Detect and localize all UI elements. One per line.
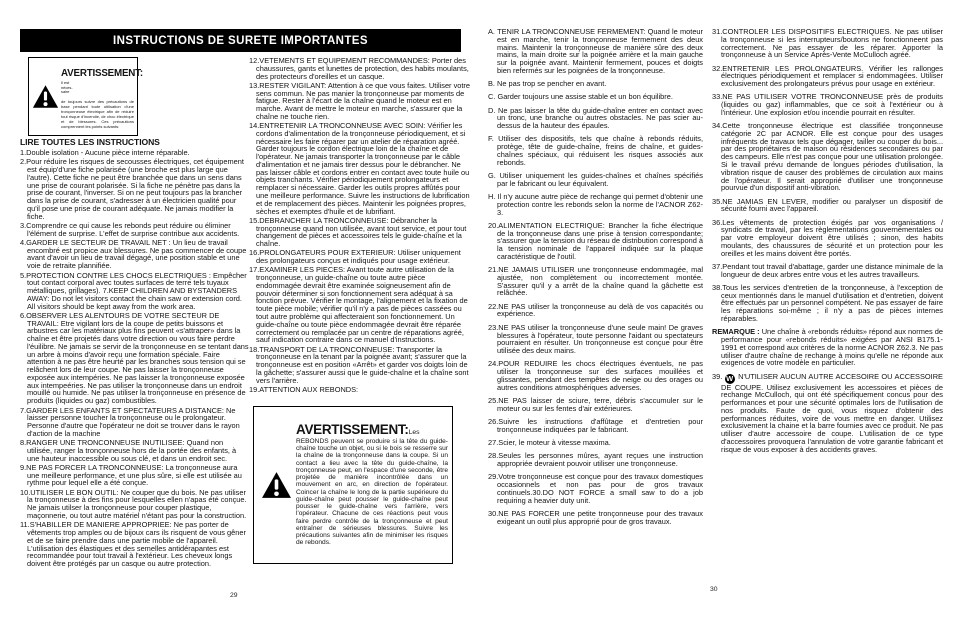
list-item: 12.VETEMENTS ET EQUIPEMENT RECOMMANDES: … <box>249 57 472 80</box>
list-item: 27.Scier, le moteur à vitesse maxima. <box>488 439 703 447</box>
page-number-right: 30 <box>710 586 718 593</box>
page-title: INSTRUCTIONS DE SURETE IMPORTANTES <box>113 35 368 47</box>
list-item: 26.Suivre les instructions d'affûtage et… <box>488 418 703 434</box>
warning-title: AVERTISSEMENT: <box>61 68 143 79</box>
list-item: 11.S'HABILLER DE MANIERE APPROPRIEE: Ne … <box>20 521 249 568</box>
warning-box-top: AVERTISSEMENT:Il est néces-saire de touj… <box>28 57 138 136</box>
list-item: 4.GARDER LE SECTEUR DE TRAVAIL NET : Un … <box>20 239 249 270</box>
list-item: 1.Double isolation - Aucune pièce intern… <box>20 149 249 157</box>
list-item: 29.Votre tronçonneuse est conçue pour de… <box>488 473 703 504</box>
list-item: 20.ALIMENTATION ELECTRIQUE: Brancher la … <box>488 222 703 261</box>
list-item: 30.NE PAS FORCER une petite tronçonneuse… <box>488 510 703 526</box>
list-item: 17.EXAMINER LES PIECES: Avant toute autr… <box>249 266 472 344</box>
left-page-column-1: LIRE TOUTES LES INSTRUCTIONS 1.Double is… <box>20 138 249 569</box>
page-title-bar: INSTRUCTIONS DE SURETE IMPORTANTES <box>20 29 461 52</box>
instructions-heading: LIRE TOUTES LES INSTRUCTIONS <box>20 138 249 147</box>
list-item: 31.CONTROLER LES DISPOSITIFS ELECTRIQUES… <box>712 28 943 59</box>
list-item: 21.NE JAMAIS UTILISER une tronçonneuse e… <box>488 266 703 297</box>
list-item: 33.NE PAS UTILISER VOTRE TRONCONNEUSE pr… <box>712 93 943 116</box>
list-item: 15.DEBRANCHER LA TRONCONNEUSE: Débranche… <box>249 217 472 248</box>
right-page-column-2: 31.CONTROLER LES DISPOSITIFS ELECTRIQUES… <box>712 28 943 459</box>
list-item: 9.NE PAS FORCER LA TRONCONNEUSE: La tron… <box>20 464 249 487</box>
list-item: 37.Pendant tout travail d'abattage, gard… <box>712 263 943 279</box>
list-item: G. Utiliser uniquement les guides-chaîne… <box>488 172 703 188</box>
list-item-39: 39. W N'UTILISER AUCUN AUTRE ACCESOIRE O… <box>712 373 943 454</box>
list-item: 7.GARDER LES ENFANTS ET SPECTATEURS A DI… <box>20 407 249 438</box>
list-item: 19.ATTENTION AUX REBONDS: <box>249 386 472 394</box>
list-item: 6.OBSERVER LES ALENTOURS DE VOTRE SECTEU… <box>20 312 249 405</box>
list-item: 24.POUR REDUIRE les chocs électriques év… <box>488 360 703 391</box>
list-item: 18.TRANSPORT DE LA TRONCONNEUSE: Transpo… <box>249 346 472 385</box>
warning-title: AVERTISSEMENT: <box>296 422 409 437</box>
list-item: 35.NE JAMIAS EN LEVER, modifier ou paral… <box>712 198 943 214</box>
page-number-left: 29 <box>230 592 238 599</box>
list-item: A. TENIR LA TRONCONNEUSE FERMEMENT: Quan… <box>488 28 703 75</box>
list-item: D. Ne pas laisser la tête du guide-chaîn… <box>488 107 703 130</box>
manual-spread: INSTRUCTIONS DE SURETE IMPORTANTES AVERT… <box>0 0 954 618</box>
list-item: 32.ENTRETENIR LES PROLONGATEURS. Vérifie… <box>712 65 943 88</box>
list-item: 5.PROTECTION CONTRE LES CHOCS ELECTRIQUE… <box>20 272 249 311</box>
list-item: C. Garder toujours une assise stable et … <box>488 93 703 101</box>
list-item: 3.Comprendre ce qui cause les rebonds pe… <box>20 222 249 238</box>
list-item: 36.Les vêtements de protection éxigés pa… <box>712 219 943 258</box>
left-page-column-2: 12.VETEMENTS ET EQUIPEMENT RECOMMANDES: … <box>249 57 472 564</box>
list-item: 2.Pour réduire les risques de secousses … <box>20 158 249 220</box>
right-page-column-1: A. TENIR LA TRONCONNEUSE FERMEMENT: Quan… <box>488 28 703 531</box>
list-item: 14.ENTRETENIR LA TRONCONNEUSE AVEC SOIN:… <box>249 122 472 215</box>
list-item: H. Il n'y aucune autre pièce de rechange… <box>488 193 703 216</box>
item-text: N'UTILISER AUCUN AUTRE ACCESOIRE OU ACCE… <box>721 372 943 454</box>
warning-box-kickback: AVERTISSEMENT:Les REBONDS peuvent se pro… <box>253 406 453 564</box>
list-item: 28.Seules les personnes mûres, ayant reç… <box>488 452 703 468</box>
list-item: 22.NE PAS utiliser la tronçonneuse au de… <box>488 303 703 319</box>
list-item: 13.RESTER VIGILANT: Attention à ce que v… <box>249 82 472 121</box>
list-item: 34.Cette tronçonneuse électrique est cla… <box>712 122 943 192</box>
list-item: 25.NE PAS laisser de sciure, terre, débr… <box>488 397 703 413</box>
list-item: 38.Tous les services d'entretien de la t… <box>712 284 943 323</box>
list-item: 23.NE PAS utiliser la tronçonneuse d'une… <box>488 324 703 355</box>
list-item: 10.UTILISER LE BON OUTIL: Ne couper que … <box>20 489 249 520</box>
warning-body: de toujours suivre des précautions de ba… <box>61 100 134 129</box>
warning-triangle-icon <box>258 471 294 499</box>
list-item: F. Utiliser des dispositifs, tels que ch… <box>488 135 703 166</box>
warning-lead: Il est néces-saire <box>61 81 78 94</box>
list-item: 8.RANGER UNE TRONCONNEUSE INUTILISEE: Qu… <box>20 439 249 462</box>
warning-body: REBONDS peuvent se produire si la tête d… <box>296 438 448 547</box>
list-item: B. Ne pas trop se pencher en avant. <box>488 80 703 88</box>
list-item: 16.PROLONGATEURS POUR EXTERIEUR: Utilise… <box>249 249 472 265</box>
warning-triangle-icon <box>32 84 59 109</box>
remarque-note: REMARQUE : Une chaîne à «rebonds réduits… <box>712 328 943 367</box>
item-number: 39. <box>712 372 722 381</box>
warning-lead: Les <box>409 429 420 436</box>
